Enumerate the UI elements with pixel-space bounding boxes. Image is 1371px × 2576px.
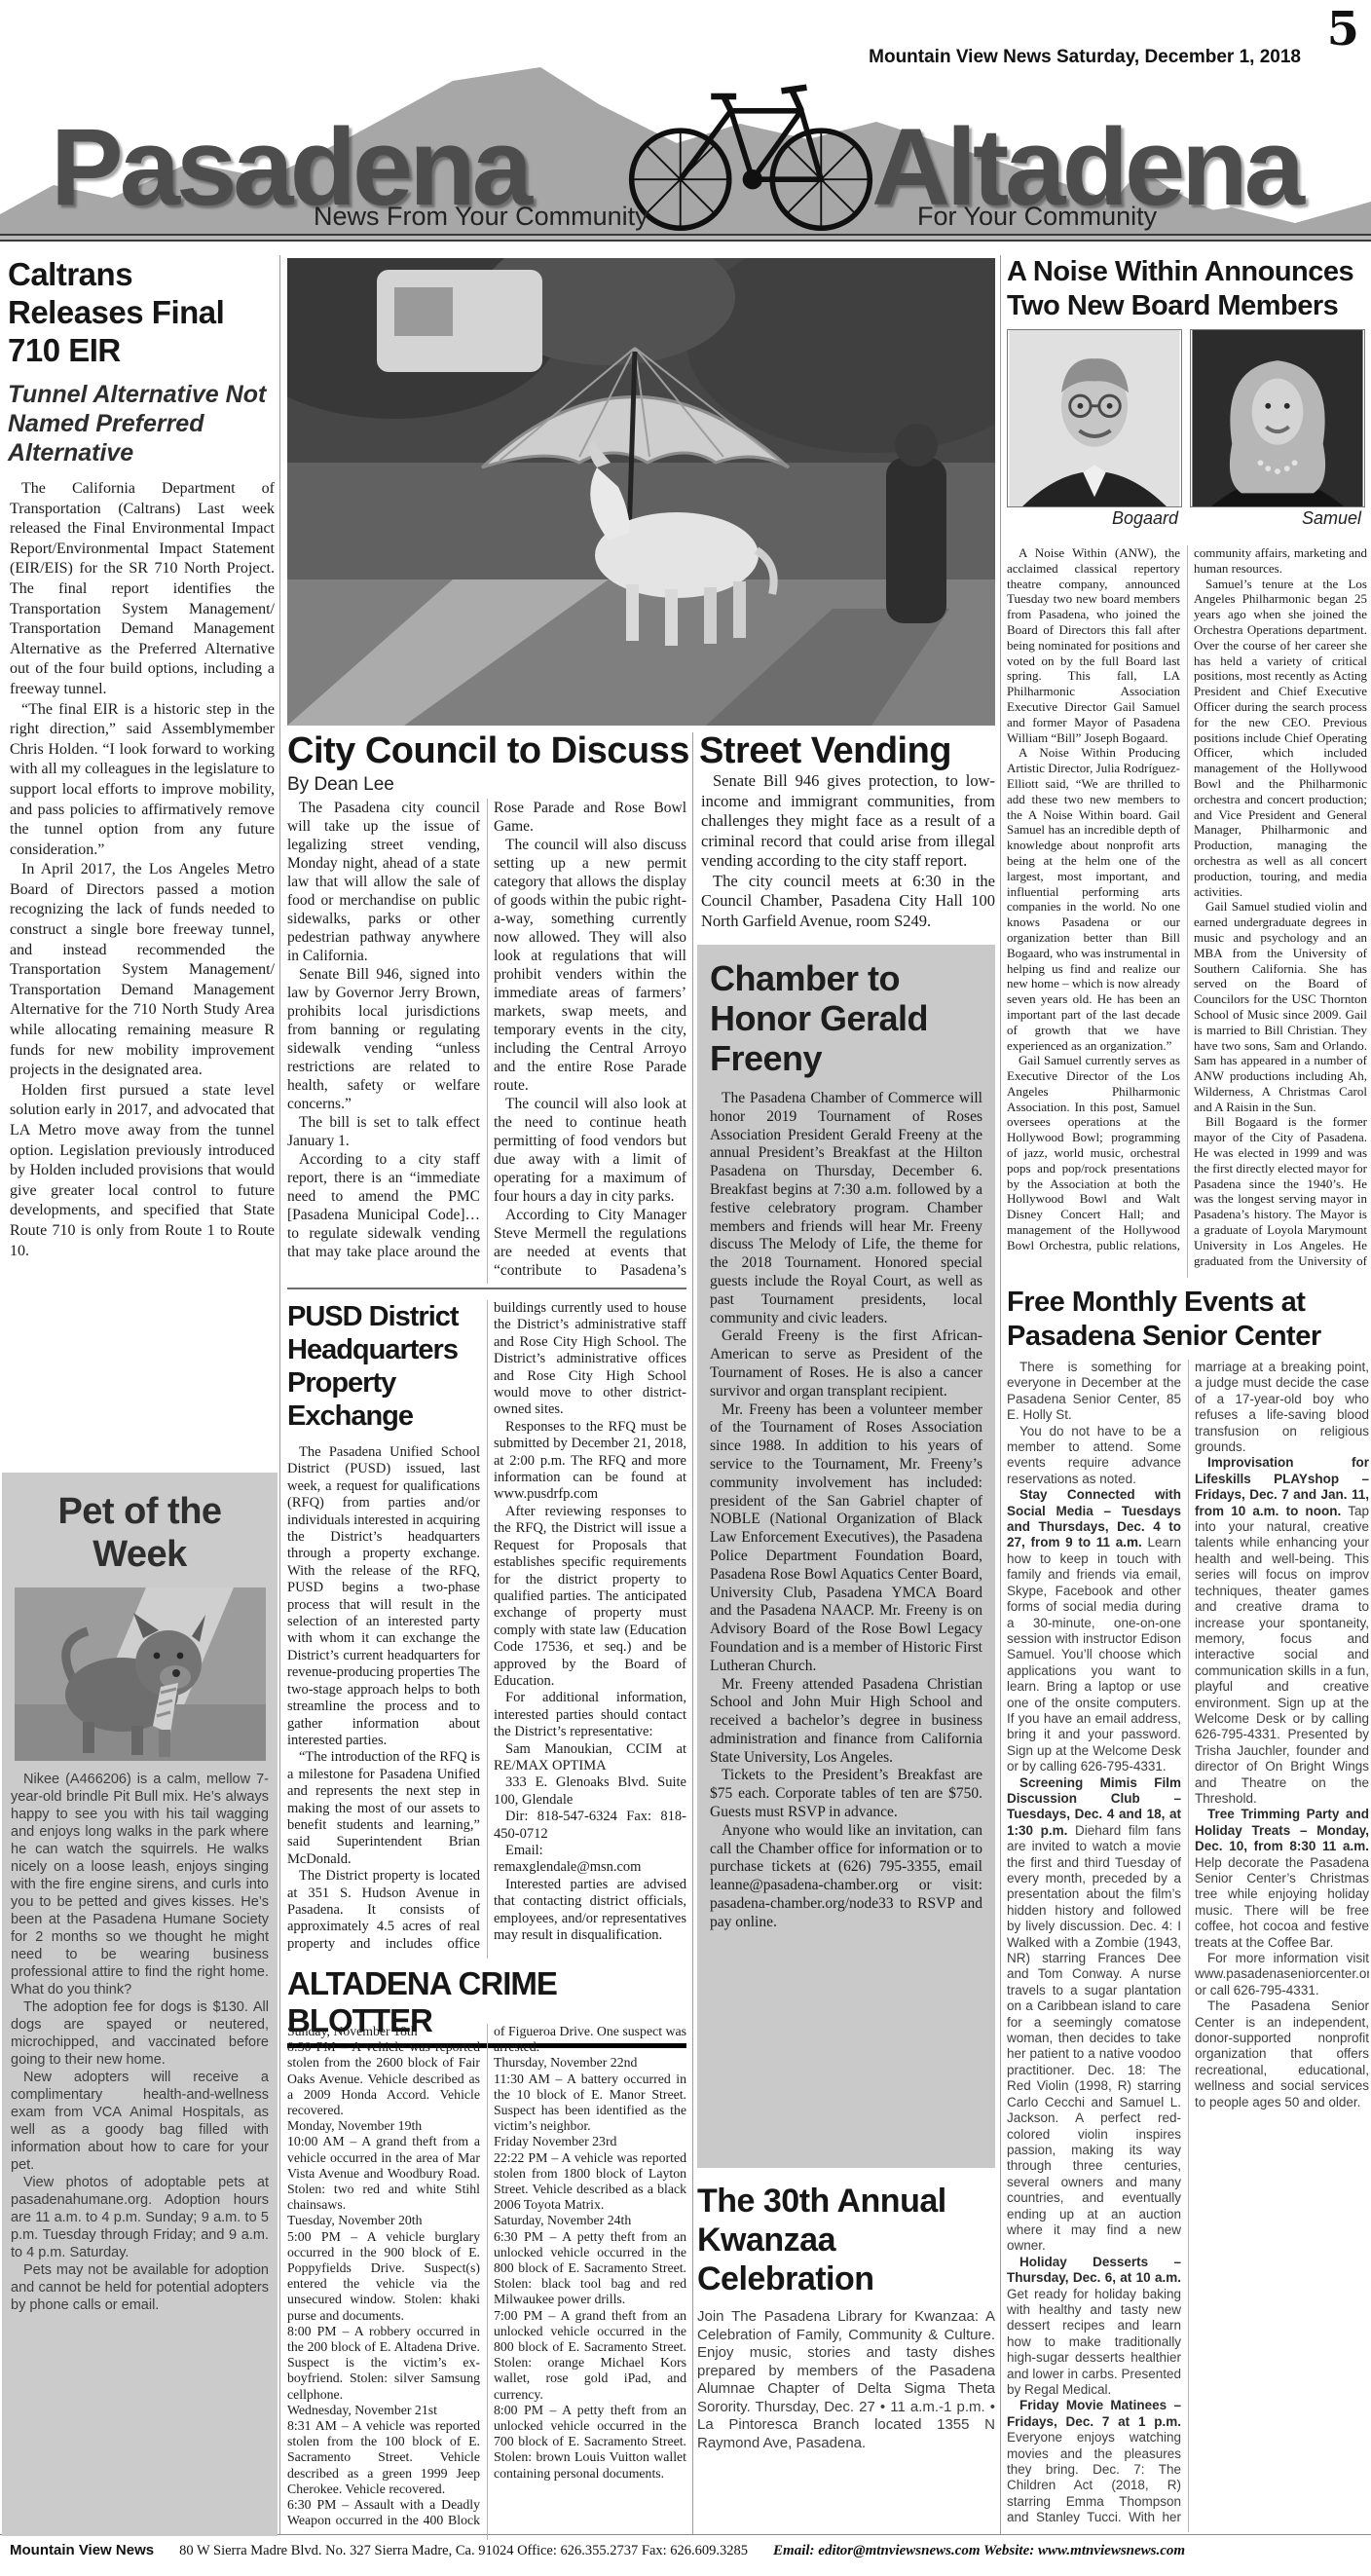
caltrans-article-body: The California Department of Transportat…: [10, 479, 275, 1461]
noise-within-article-body: A Noise Within (ANW), the acclaimed clas…: [1007, 545, 1367, 1278]
board-member-photos: Bogaard Samuel: [1007, 329, 1365, 529]
bogaard-portrait: [1007, 329, 1182, 507]
blotter-line: 7:00 PM – A grand theft from an unlocked…: [494, 2308, 686, 2403]
paragraph: Mr. Freeny attended Pasadena Christian S…: [710, 1676, 982, 1768]
photo-caption: Bogaard: [1007, 507, 1182, 529]
paragraph: Pets may not be available for adoption a…: [11, 2261, 269, 2314]
event-item: Stay Connected with Social Media – Tuesd…: [1007, 1487, 1181, 1774]
crime-blotter-body: Sunday, November 18th 8:30 PM – A vehicl…: [287, 2024, 686, 2540]
paragraph: “The introduction of the RFQ is a milest…: [287, 1749, 480, 1868]
pusd-headline: PUSD District Headquarters Property Exch…: [287, 1300, 480, 1433]
column-rule: [279, 255, 280, 2534]
paragraph: For more information visit www.pasadenas…: [1195, 1951, 1369, 1998]
dog-photo: [15, 1587, 266, 1761]
blotter-line: Monday, November 19th: [287, 2118, 480, 2134]
paragraph: The Pasadena city council will take up t…: [287, 799, 480, 965]
event-text: Tap into your natural, creative talents …: [1195, 1504, 1369, 1806]
paragraph: Responses to the RFQ must be submitted b…: [494, 1419, 686, 1504]
samuel-portrait: [1190, 329, 1365, 507]
paragraph: For additional information, interested p…: [494, 1690, 686, 1740]
caltrans-headline: Caltrans Releases Final 710 EIR: [8, 255, 275, 369]
kwanzaa-headline: The 30th Annual Kwanzaa Celebration: [697, 2182, 995, 2298]
paragraph: The council will also look at the need t…: [494, 1095, 686, 1206]
blotter-line: 8:31 AM – A vehicle was reported stolen …: [287, 2418, 480, 2497]
event-item: Screening Mimis Film Discussion Club – T…: [1007, 1775, 1181, 2255]
tagline-left: News From Your Community: [314, 202, 648, 232]
paragraph: The Pasadena Unified School District (PU…: [287, 1444, 480, 1749]
blotter-line: Tuesday, November 20th: [287, 2213, 480, 2228]
blotter-line: Saturday, November 24th: [494, 2213, 686, 2228]
paragraph: Senate Bill 946, signed into law by Gove…: [287, 965, 480, 1113]
blotter-line: Sunday, November 18th: [287, 2024, 480, 2039]
column-rule: [692, 732, 693, 2534]
event-lead: Improvisation for Lifeskills PLAYshop – …: [1195, 1455, 1369, 1517]
senior-center-headline: Free Monthly Events at Pasadena Senior C…: [1007, 1286, 1369, 1354]
paragraph: The California Department of Transportat…: [10, 479, 275, 700]
footer-contact: Email: editor@mtnviewsnews.com Website: …: [773, 2543, 1185, 2559]
event-item: Improvisation for Lifeskills PLAYshop – …: [1195, 1455, 1369, 1807]
masthead-rule: [0, 234, 1371, 242]
paragraph: You do not have to be a member to attend…: [1007, 1424, 1181, 1488]
paragraph: Interested parties are advised that cont…: [494, 1877, 686, 1945]
blotter-line: 5:00 PM – A vehicle burglary occurred in…: [287, 2229, 480, 2324]
photo-bogaard: Bogaard: [1007, 329, 1182, 529]
senior-center-body: There is something for everyone in Decem…: [1007, 1360, 1369, 2532]
column-rule: [1000, 255, 1001, 2534]
event-lead: Holiday Desserts – Thursday, Dec. 6, at …: [1007, 2255, 1181, 2285]
paragraph: In April 2017, the Los Angeles Metro Boa…: [10, 860, 275, 1081]
section-rule: [287, 1288, 686, 1289]
paragraph: Email: remaxglendale@msn.com: [494, 1843, 686, 1877]
blotter-line: 10:00 AM – A grand theft from a vehicle …: [287, 2134, 480, 2213]
paragraph: View photos of adoptable pets at pasaden…: [11, 2174, 269, 2261]
event-lead: Friday Movie Matinees – Fridays, Dec. 7 …: [1007, 2398, 1181, 2428]
noise-within-headline: A Noise Within Announces Two New Board M…: [1007, 255, 1367, 323]
blotter-line: 11:30 AM – A battery occurred in the 10 …: [494, 2072, 686, 2135]
blotter-line: Wednesday, November 21st: [287, 2403, 480, 2418]
footer-address: 80 W Sierra Madre Blvd. No. 327 Sierra M…: [179, 2543, 748, 2559]
pet-headline: Pet of the Week: [11, 1490, 269, 1576]
blotter-line: 8:00 PM – A petty theft from an unlocked…: [494, 2403, 686, 2482]
photo-caption: Samuel: [1190, 507, 1365, 529]
photo-samuel: Samuel: [1190, 329, 1365, 529]
pusd-article: PUSD District Headquarters Property Exch…: [287, 1300, 686, 1959]
paragraph: The adoption fee for dogs is $130. All d…: [11, 1998, 269, 2069]
paragraph: “The final EIR is a historic step in the…: [10, 700, 275, 861]
paragraph: Anyone who would like an invitation, can…: [710, 1822, 982, 1932]
blotter-line: Thursday, November 22nd: [494, 2055, 686, 2071]
event-text: Help decorate the Pasadena Senior Center…: [1195, 1855, 1369, 1950]
paragraph: There is something for everyone in Decem…: [1007, 1360, 1181, 1424]
vending-article-body: The Pasadena city council will take up t…: [287, 799, 686, 1284]
paragraph: Samuel’s tenure at the Los Angeles Philh…: [1194, 577, 1367, 900]
vending-article-column-3: Senate Bill 946 gives protection, to low…: [701, 771, 995, 939]
paragraph: After reviewing responses to the RFQ, th…: [494, 1504, 686, 1690]
paragraph: A Noise Within Producing Artistic Direct…: [1007, 745, 1180, 1053]
blotter-line: 8:00 PM – A robbery occurred in the 200 …: [287, 2324, 480, 2403]
paragraph: Senate Bill 946 gives protection, to low…: [701, 771, 995, 872]
page-number: 5: [1327, 2, 1359, 56]
street-vending-photo: [287, 258, 995, 726]
event-lead: Tree Trimming Party and Holiday Treats –…: [1195, 1807, 1369, 1853]
vending-headline: City Council to Discuss Street Vending: [287, 730, 995, 771]
paragraph: A Noise Within (ANW), the acclaimed clas…: [1007, 545, 1180, 745]
event-text: Get ready for holiday baking with health…: [1007, 2287, 1181, 2397]
blotter-line: 22:22 PM – A vehicle was reported stolen…: [494, 2150, 686, 2214]
paragraph: Tickets to the President’s Breakfast are…: [710, 1767, 982, 1821]
kwanzaa-section: The 30th Annual Kwanzaa Celebration Join…: [697, 2182, 995, 2544]
paragraph: Mr. Freeny has been a volunteer member o…: [710, 1401, 982, 1676]
chamber-honor-box: Chamber to Honor Gerald Freeny The Pasad…: [697, 945, 995, 2168]
footer-paper-name: Mountain View News: [10, 2542, 154, 2558]
footer: Mountain View News 80 W Sierra Madre Blv…: [0, 2540, 1371, 2559]
paragraph: Gerald Freeny is the first African-Ameri…: [710, 1327, 982, 1400]
paragraph: Sam Manoukian, CCIM at RE/MAX OPTIMA: [494, 1741, 686, 1775]
blotter-line: 8:30 PM – A vehicle was reported stolen …: [287, 2039, 480, 2118]
event-item: Tree Trimming Party and Holiday Treats –…: [1195, 1807, 1369, 1951]
paragraph: Nikee (A466206) is a calm, mellow 7-year…: [11, 1771, 269, 1998]
blotter-line: 6:30 PM – A petty theft from an unlocked…: [494, 2229, 686, 2308]
paragraph: The bill is set to talk effect January 1…: [287, 1113, 480, 1150]
kwanzaa-body: Join The Pasadena Library for Kwanzaa: A…: [697, 2308, 995, 2452]
paragraph: The Pasadena Senior Center is an indepen…: [1195, 1998, 1369, 2110]
pet-of-the-week-box: Pet of the Week Nikee (A466206) is a cal…: [2, 1473, 278, 2536]
event-text: Learn how to keep in touch with family a…: [1007, 1535, 1181, 1773]
paragraph: The council will also discuss setting up…: [494, 836, 686, 1095]
paragraph: 333 E. Glenoaks Blvd. Suite 100, Glendal…: [494, 1774, 686, 1809]
caltrans-subhead: Tunnel Alternative Not Named Preferred A…: [8, 380, 277, 467]
paragraph: New adopters will receive a complimentar…: [11, 2069, 269, 2174]
paragraph: Gail Samuel studied violin and earned un…: [1194, 899, 1367, 1114]
chamber-headline: Chamber to Honor Gerald Freeny: [710, 958, 982, 1078]
event-item: Holiday Desserts – Thursday, Dec. 6, at …: [1007, 2255, 1181, 2399]
paragraph: Dir: 818-547-6324 Fax: 818-450-0712: [494, 1809, 686, 1843]
bicycle-icon: [615, 55, 886, 236]
byline: By Dean Lee: [287, 774, 394, 796]
paragraph: The city council meets at 6:30 in the Co…: [701, 872, 995, 932]
paragraph: The Pasadena Chamber of Commerce will ho…: [710, 1090, 982, 1327]
tagline-right: For Your Community: [917, 202, 1157, 232]
paragraph: Holden first pursued a state level solut…: [10, 1081, 275, 1261]
blotter-line: Friday November 23rd: [494, 2134, 686, 2149]
event-text: Diehard film fans are invited to watch a…: [1007, 1823, 1181, 2254]
